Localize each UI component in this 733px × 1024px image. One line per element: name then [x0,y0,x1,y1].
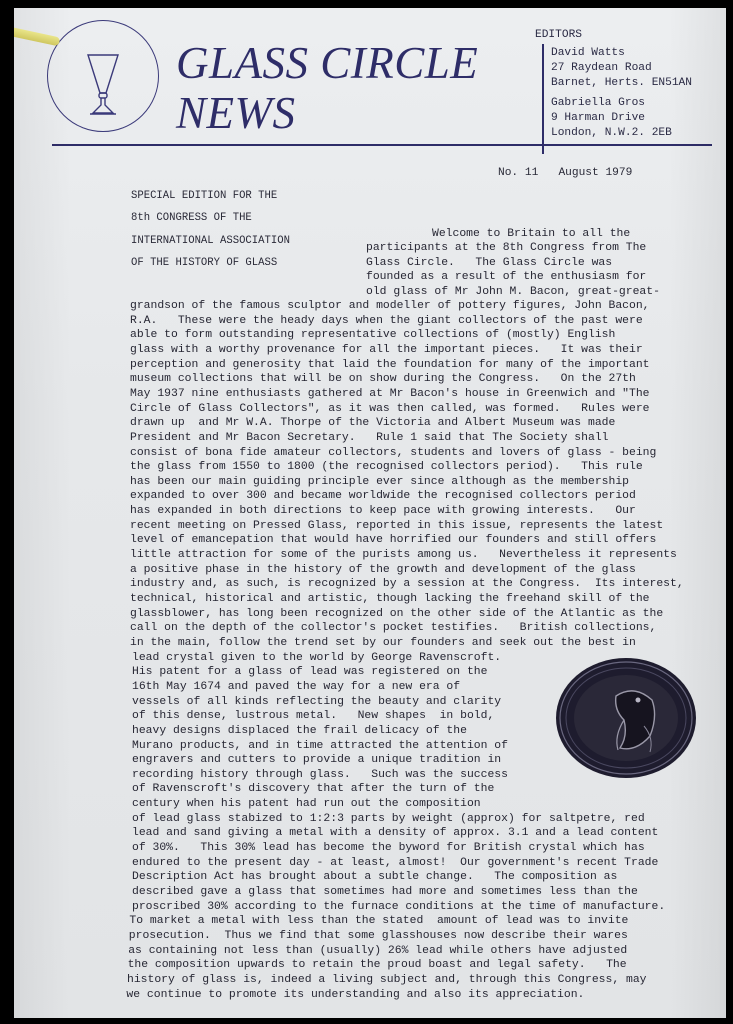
special-edition-line: SPECIAL EDITION FOR THE [131,185,290,207]
issue-date: August 1979 [558,167,632,179]
article-line: 16th May 1674 and paved the way for a ne… [132,680,460,695]
article-line: grandson of the famous sculptor and mode… [130,299,650,314]
editor-2-street: 9 Harman Drive [551,111,645,126]
article-line: has expanded in both directions to keep … [130,504,636,519]
article-line: recent meeting on Pressed Glass, reporte… [130,519,663,534]
article-line: lead and sand giving a metal with a dens… [132,826,658,841]
special-edition-line: INTERNATIONAL ASSOCIATION [131,230,290,252]
article-line: century when his patent had run out the … [132,797,481,812]
article-line: of 30%. This 30% lead has become the byw… [132,841,645,856]
article-line: level of emancepation that would have ho… [130,533,656,548]
article-line: the glass from 1550 to 1800 (the recogni… [130,460,643,475]
masthead-line-1: GLASS CIRCLE [176,38,478,88]
article-line: technical, historical and artistic, thou… [130,592,650,607]
article-line: call on the depth of the collector's poc… [130,621,656,636]
article-line: old glass of Mr John M. Bacon, great-gre… [366,285,660,300]
newsletter-page: GLASS CIRCLE NEWS EDITORS David Watts 27… [14,8,726,1018]
article-line: glassblower, has long been recognized on… [130,607,663,622]
article-line: R.A. These were the heady days when the … [130,314,643,329]
article-line: consist of bona fide amateur collectors,… [130,446,656,461]
article-line: of Ravenscroft's discovery that after th… [132,782,494,797]
article-line: we continue to promote its understanding… [126,988,584,1003]
article-line: drawn up and Mr W.A. Thorpe of the Victo… [130,416,615,431]
wine-glass-in-circle-icon [47,20,159,132]
article-line: expanded to over 300 and became worldwid… [130,489,636,504]
article-line: May 1937 nine enthusiasts gathered at Mr… [130,387,650,402]
article-line: described gave a glass that sometimes ha… [132,885,638,900]
editor-2-name: Gabriella Gros [551,96,645,111]
editor-1-town: Barnet, Herts. EN51AN [551,76,692,91]
article-line: of lead glass stabized to 1:2:3 parts by… [132,812,645,827]
masthead-line-2: NEWS [176,88,478,138]
article-line: endured to the present day - at least, a… [132,856,658,871]
article-line: Murano products, and in time attracted t… [132,739,508,754]
article-line: Glass Circle. The Glass Circle was [366,256,612,271]
article-line: engravers and cutters to provide a uniqu… [132,753,501,768]
article-line: a positive phase in the history of the g… [130,563,636,578]
special-edition-heading: SPECIAL EDITION FOR THE 8th CONGRESS OF … [131,185,290,275]
article-line: of this dense, lustrous metal. New shape… [132,709,494,724]
editors-label: EDITORS [535,28,582,43]
editor-1-name: David Watts [551,46,625,61]
article-line: history of glass is, indeed a living sub… [127,973,647,988]
article-line: museum collections that will be on show … [130,372,636,387]
article-line: in the main, follow the trend set by our… [130,636,636,651]
article-line: as containing not less than (usually) 26… [128,944,627,959]
article-line: lead crystal given to the world by Georg… [132,651,501,666]
article-line: participants at the 8th Congress from Th… [366,241,646,256]
masthead-rule [52,144,712,146]
editors-divider [542,44,544,154]
article-line: proscribed 30% according to the furnace … [132,900,665,915]
special-edition-line: 8th CONGRESS OF THE [131,207,290,229]
article-line: founded as a result of the enthusiasm fo… [366,270,646,285]
article-line: glass with a worthy provenance for all t… [130,343,643,358]
issue-number: No. 11 [498,167,538,179]
article-line: able to form outstanding representative … [130,328,615,343]
masthead-title: GLASS CIRCLE NEWS [176,38,478,138]
editor-2-town: London, N.W.2. 2EB [551,126,672,141]
issue-info: No. 11 August 1979 [498,167,632,179]
special-edition-line: OF THE HISTORY OF GLASS [131,252,290,274]
article-line: little attraction for some of the purist… [130,548,677,563]
article-line: Description Act has brought about a subt… [132,870,617,885]
article-line: President and Mr Bacon Secretary. Rule 1… [130,431,609,446]
article-line: Circle of Glass Collectors", as it was t… [130,402,650,417]
article-line: Welcome to Britain to all the [432,227,630,242]
article-line: vessels of all kinds reflecting the beau… [132,695,501,710]
article-line: industry and, as such, is recognized by … [130,577,684,592]
editor-1-street: 27 Raydean Road [551,61,652,76]
article-line: prosecution. Thus we find that some glas… [129,929,628,944]
ravenscroft-raven-seal-icon [554,656,700,782]
article-line: has been our main guiding principle ever… [130,475,629,490]
article-line: perception and generosity that laid the … [130,358,650,373]
article-line: the composition upwards to retain the pr… [128,958,627,973]
article-line: heavy designs displaced the frail delica… [132,724,467,739]
article-line: To market a metal with less than the sta… [129,914,628,929]
article-line: His patent for a glass of lead was regis… [132,665,487,680]
article-line: recording history through glass. Such wa… [132,768,508,783]
